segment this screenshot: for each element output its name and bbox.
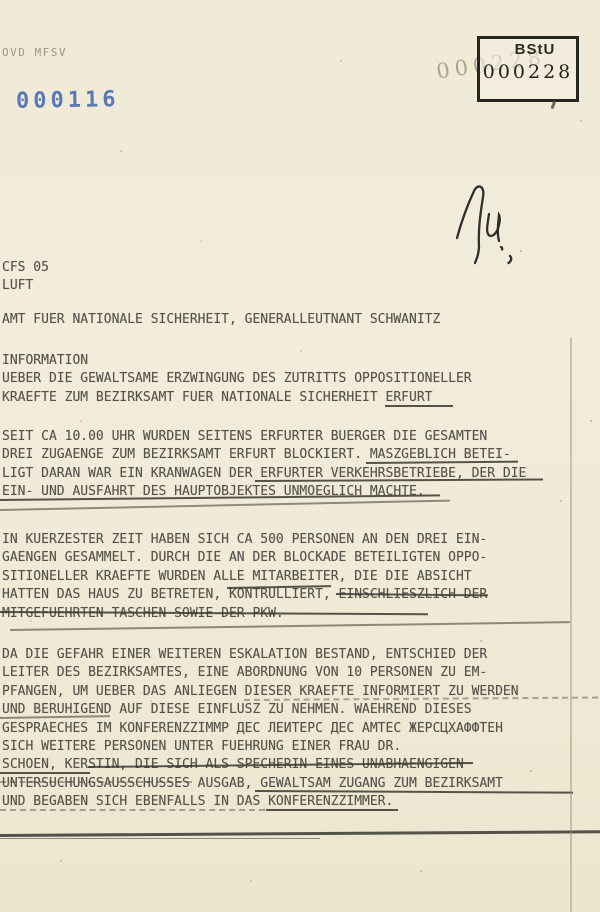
body-line: GAENGEN GESAMMELT. DURCH DIE AN DER BLOC… (2, 549, 487, 567)
pen-strike-dashed (0, 781, 192, 783)
pen-underline-dashed (0, 809, 265, 811)
body-line: SITIONELLER KRAEFTE WURDEN ALLE MITARBEI… (2, 568, 472, 586)
pen-underline (385, 405, 453, 407)
title-line: INFORMATION (2, 352, 88, 370)
meta-line: LUFT (2, 277, 33, 295)
recipient-line: AMT FUER NATIONALE SICHERHEIT, GENERALLE… (2, 311, 440, 329)
pen-underline (266, 809, 398, 811)
bstu-stamp-number: 000228 (480, 61, 576, 83)
pen-underline (0, 772, 90, 774)
document-page: OVD MFSV 000116 000228 BStU 000228 CFS 0… (0, 0, 600, 912)
corner-code: OVD MFSV (2, 46, 67, 59)
body-line: IN KUERZESTER ZEIT HABEN SICH CA 500 PER… (2, 531, 487, 549)
paper-edge-line (570, 338, 572, 912)
body-line: GESPRAECHES IM KONFERENZZIMMP ДЕС ЛЕИТЕР… (2, 720, 503, 738)
body-line: LEITER DES BEZIRKSAMTES, EINE ABORDNUNG … (2, 664, 487, 682)
bstu-stamp-label: BStU (480, 41, 576, 58)
title-line: KRAEFTE ZUM BEZIRKSAMT FUER NATIONALE SI… (2, 389, 432, 407)
pen-separator-line (0, 830, 600, 836)
bstu-stamp: BStU 000228 (477, 36, 579, 102)
body-line: DA DIE GEFAHR EINER WEITEREN ESKALATION … (2, 646, 487, 664)
blue-serial-stamp: 000116 (16, 87, 120, 114)
paper-specks (0, 0, 2, 2)
title-line: UEBER DIE GEWALTSAME ERZWINGUNG DES ZUTR… (2, 370, 472, 388)
meta-line: CFS 05 (2, 259, 49, 277)
body-line: SICH WEITERE PERSONEN UNTER FUEHRUNG EIN… (2, 738, 401, 756)
body-line: SEIT CA 10.00 UHR WURDEN SEITENS ERFURTE… (2, 428, 487, 446)
signature (452, 176, 518, 268)
pen-separator-line (0, 838, 320, 839)
